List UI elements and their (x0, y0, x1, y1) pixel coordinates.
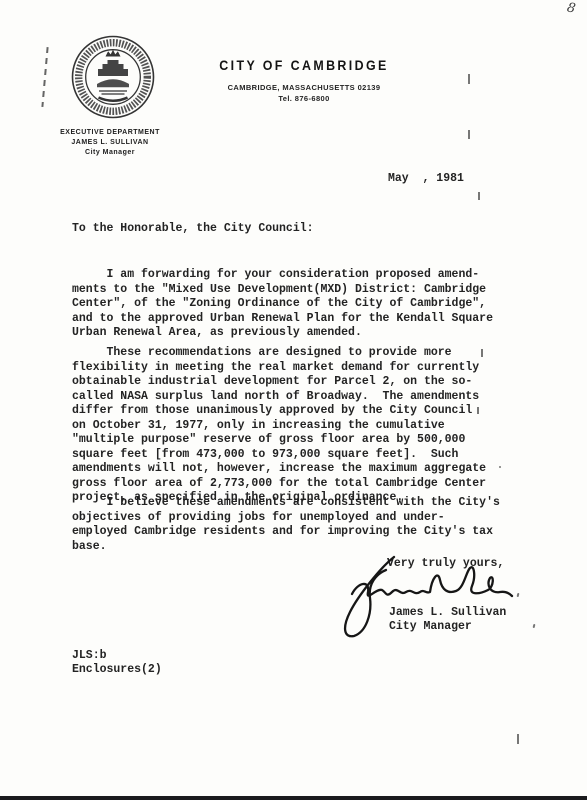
scan-artifact-dash (41, 47, 48, 107)
salutation: To the Honorable, the City Council: (72, 222, 314, 237)
reference-initials: JLS:b (72, 649, 107, 664)
city-of-cambridge-seal-icon (70, 34, 156, 120)
letterhead-phone: Tel. 876-6800 (172, 94, 436, 103)
enclosures-note: Enclosures(2) (72, 663, 162, 678)
scan-artifact-dot (499, 466, 501, 468)
scan-artifact (481, 349, 483, 357)
scan-artifact (468, 74, 470, 84)
official-name: JAMES L. SULLIVAN (56, 138, 164, 148)
scan-artifact (517, 734, 519, 744)
letterhead-title: CITY OF CAMBRIDGE (183, 58, 426, 73)
department-name: EXECUTIVE DEPARTMENT (56, 128, 164, 138)
scan-artifact (478, 192, 480, 200)
paragraph-2: These recommendations are designed to pr… (72, 346, 486, 506)
paragraph-1: I am forwarding for your consideration p… (72, 268, 493, 341)
signer-name: James L. Sullivan (389, 606, 506, 621)
date-line: May , 1981 (388, 172, 464, 187)
official-title: City Manager (56, 148, 164, 158)
paragraph-3: I believe these amendments are consisten… (72, 496, 500, 554)
handwritten-page-mark: 8 (566, 0, 577, 16)
scan-edge-bar (0, 796, 587, 800)
letterhead-department-block: EXECUTIVE DEPARTMENT JAMES L. SULLIVAN C… (56, 128, 164, 158)
letterhead-address: CAMBRIDGE, MASSACHUSETTS 02139 (172, 83, 436, 92)
signer-title: City Manager (389, 620, 472, 635)
letterhead: CITY OF CAMBRIDGE CAMBRIDGE, MASSACHUSET… (172, 58, 436, 103)
scanned-letter-page: 8 CITY OF CAMBRIDGE CAMBRIDGE, MASSACHUS… (0, 0, 587, 800)
scan-artifact (468, 130, 470, 139)
scan-artifact (477, 407, 479, 414)
